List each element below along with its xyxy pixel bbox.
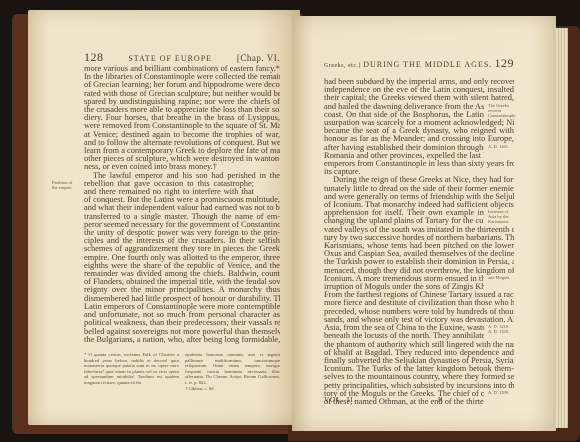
text-line: of conquest. But the Latins were a promi…: [84, 196, 280, 204]
text-line: menaced, though they did not overthrow, …: [324, 267, 514, 275]
page-number: 128: [84, 50, 104, 65]
text-line: Asia, from the sea of China to the Euxin…: [324, 324, 484, 332]
text-line: Iconium. The Turks of the latter kingdom…: [324, 365, 514, 373]
margin-note: Partition of the empire.: [52, 180, 78, 190]
text-line: at Venice; destined again to become the …: [84, 131, 280, 139]
page-edges: [556, 28, 568, 428]
text-line: Iconium. A more tremendous storm ensued …: [324, 275, 484, 283]
margin-note: A. D. 1299.: [488, 390, 514, 395]
text-line: after having established their dominion …: [324, 144, 484, 152]
running-title: STATE OF EUROPE: [128, 54, 212, 63]
text-line: the unity of despotic power was very for…: [84, 229, 280, 237]
text-line: became the seat of a Greek dynasty, who …: [324, 127, 514, 135]
text-line: and were generally on terms of friendshi…: [324, 193, 514, 201]
text-line: were removed from Constantinople to the …: [84, 122, 280, 130]
text-line: and unfortunate, not so much from person…: [84, 311, 280, 319]
text-line: reignty over the minor principalities. A…: [84, 286, 280, 294]
running-left: Greeks, etc.]: [324, 63, 361, 69]
footnote-text: * O quanta civitas, exclaims Fulk of Cha…: [84, 352, 179, 385]
margin-note: A. D. 1261.: [488, 144, 514, 149]
footnote-column: opulentia bonorum omnium, auri et argent…: [185, 352, 280, 391]
text-line: Karismians, whose tents had been pitched…: [324, 242, 514, 250]
text-line: the Turkish power to establish their dom…: [324, 258, 514, 266]
text-line: The lawful emperor and his son had peris…: [84, 172, 280, 180]
text-line: During the reign of these Greeks at Nice…: [324, 176, 514, 184]
text-line: and to follow the alternate revolutions …: [84, 139, 280, 147]
text-line: empire. One fourth only was allotted to …: [84, 254, 280, 262]
footnote-dagger: † Gibbon, c. 60.: [185, 386, 215, 391]
text-line: changing the upland plains of Tartary fo…: [324, 217, 484, 225]
text-line: selves to the mountainous country, where…: [324, 373, 514, 381]
text-line: transferred to a single master. Though t…: [84, 213, 280, 221]
text-line: the Bulgarians, a nation, who, after bei…: [84, 336, 280, 344]
text-line: Romania and other provinces, expelled th…: [324, 152, 484, 160]
signature-mark: K: [438, 396, 444, 404]
text-line: and what their independent valour had ea…: [84, 204, 280, 212]
text-line: petty principalities, which subsisted by…: [324, 382, 514, 390]
body-text: more various and brilliant combinations …: [84, 65, 280, 344]
text-line: and there remained no right to interfere…: [84, 188, 254, 196]
text-line: vated valleys of the south was imitated …: [324, 226, 514, 234]
volume-mark: VOL. II.: [324, 396, 356, 404]
text-line: more fierce and destitute of civilizatio…: [324, 299, 514, 307]
text-line: ciples and the interests of the crusader…: [84, 237, 280, 245]
footnotes: * O quanta civitas, exclaims Fulk of Cha…: [84, 352, 280, 391]
margin-note: The Greeks recover Constantinople.: [488, 103, 514, 118]
text-line: remainder was divided among the chiefs. …: [84, 270, 280, 278]
right-page: Greeks, etc.] DURING THE MIDDLE AGES. 12…: [292, 16, 556, 431]
text-line: more various and brilliant combinations …: [84, 65, 280, 73]
text-line: of Grecian learning; her forum and hippo…: [84, 81, 280, 89]
open-book: 128 STATE OF EUROPE [Chap. VI. more vari…: [8, 8, 580, 442]
text-line: irruption of Moguls under the sons of Zi…: [324, 283, 484, 291]
text-line: and hailed the dawning deliverance from …: [324, 103, 484, 111]
chapter-label: [Chap. VI.: [237, 53, 280, 63]
text-line: schemes of aggrandizement they tore in p…: [84, 245, 280, 253]
footnote-column: * O quanta civitas, exclaims Fulk of Cha…: [84, 352, 179, 391]
text-line: of khalif at Bagdad. They reduced into d…: [324, 349, 514, 357]
text-line: coast. On that side of the Bosphorus, th…: [324, 111, 484, 119]
text-line: diery. Four horses, that breathe in the …: [84, 114, 280, 122]
page-number: 129: [495, 56, 515, 71]
text-line: From the farthest regions of Chinese Tar…: [324, 291, 514, 299]
text-line: rebellion that gave occasion to this cat…: [84, 180, 254, 188]
text-line: ness, or even coined into brass money.†: [84, 163, 280, 171]
text-line: rated with those of Grecian sculpture; b…: [84, 90, 280, 98]
text-line: had been subdued by the imperial arms, a…: [324, 78, 514, 86]
text-line: preceded, whose numbers were told by hun…: [324, 308, 514, 316]
text-line: independence on the eve of the Latin con…: [324, 86, 514, 94]
body-text: had been subdued by the imperial arms, a…: [324, 78, 514, 406]
text-line: of Iconium. That monarchy indeed had suf…: [324, 201, 514, 209]
text-line: Latin emperors of Constantinople were mo…: [84, 303, 280, 311]
text-line: their capital; the Greeks viewed them wi…: [324, 94, 514, 102]
text-line: learn from a contemporary Greek to deplo…: [84, 147, 280, 155]
running-head-left: 128 STATE OF EUROPE [Chap. VI.: [84, 50, 280, 65]
text-line: usurpation was scarcely for a moment ack…: [324, 119, 514, 127]
text-line: finally subverted the Seljukian dynastie…: [324, 357, 514, 365]
margin-note: Invasion of Asia by the Karismians: [488, 209, 514, 224]
running-title: DURING THE MIDDLE AGES.: [363, 60, 492, 69]
margin-note: and Moguls.: [488, 275, 514, 280]
text-line: the phantom of authority which still lin…: [324, 341, 514, 349]
text-line: tury by two successive hordes of norther…: [324, 234, 514, 242]
text-line: Oxus and Caspian Sea, availed themselves…: [324, 250, 514, 258]
text-line: spared by undistinguishing rapine; nor w…: [84, 98, 280, 106]
text-line: its capture.: [324, 168, 514, 176]
text-line: peror seemed necessary for the governmen…: [84, 221, 280, 229]
signature-line: VOL. II. K: [324, 396, 444, 404]
text-line: honour as far as the Meander; and crossi…: [324, 135, 514, 143]
text-line: apprehension for itself. Their own examp…: [324, 209, 484, 217]
left-page: 128 STATE OF EUROPE [Chap. VI. more vari…: [28, 10, 300, 425]
text-line: of Flanders, obtained the imperial title…: [84, 278, 280, 286]
text-line: beneath the locusts of the north. They a…: [324, 332, 484, 340]
text-line: eighths were the share of the republic o…: [84, 262, 280, 270]
running-head-right: Greeks, etc.] DURING THE MIDDLE AGES. 12…: [324, 56, 514, 71]
text-line: dismembered had little prospect of honou…: [84, 295, 280, 303]
text-line: the crusaders more able to appreciate th…: [84, 106, 280, 114]
text-line: tunately little to dread on the side of …: [324, 185, 514, 193]
text-line: political weakness, than their predecess…: [84, 319, 280, 327]
text-line: emperors from Constantinople in less tha…: [324, 160, 514, 168]
text-line: belled against sovereigns not more power…: [84, 328, 280, 336]
margin-note: A. D. 1218. A. D. 1258.: [488, 324, 514, 334]
footnote-text: opulentia bonorum omnium, auri et argent…: [185, 352, 280, 385]
text-line: In the libraries of Constantinople were …: [84, 73, 280, 81]
text-line: sands, and whose only test of victory wa…: [324, 316, 514, 324]
text-line: other pieces of sculpture, which were de…: [84, 155, 280, 163]
